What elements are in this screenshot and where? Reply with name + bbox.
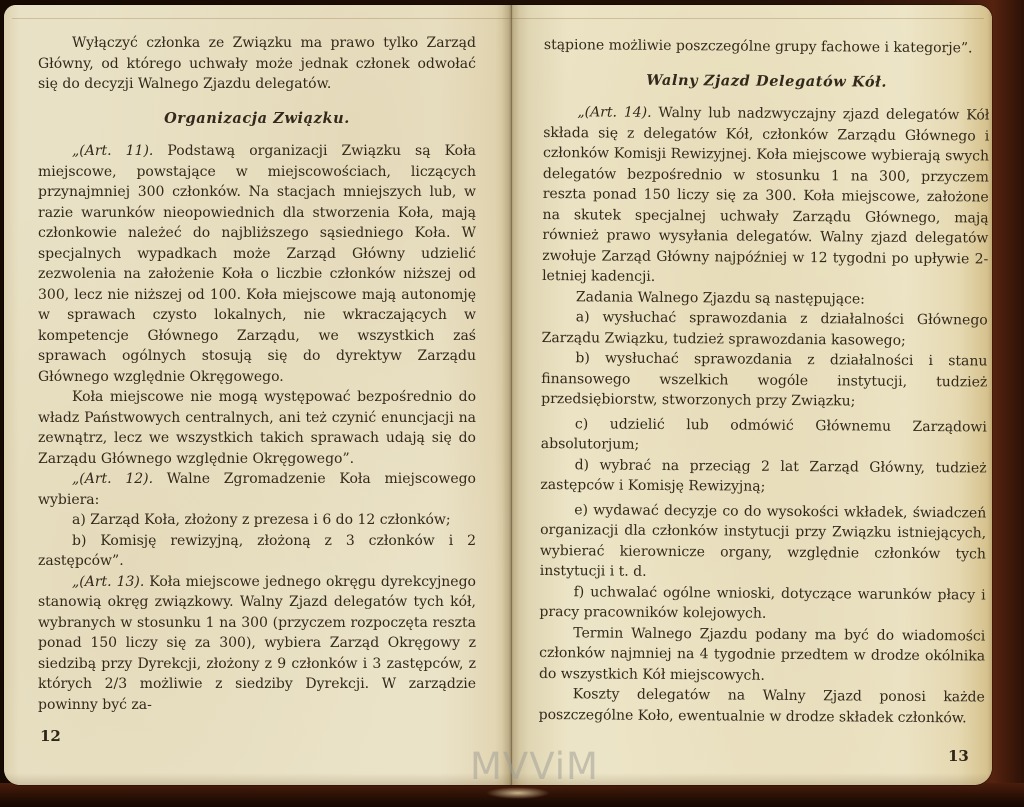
list-item: f) uchwalać ogólne wnioski, dotyczące wa…: [539, 581, 985, 626]
right-page-text: stąpione możliwie poszczególne grupy fac…: [539, 35, 990, 728]
list-item: b) wysłuchać sprawozdania z działalności…: [541, 348, 987, 413]
paragraph: „(Art. 13). Koła miejscowe jednego okręg…: [38, 572, 476, 716]
list-item: a) wysłuchać sprawozdania z działalności…: [542, 307, 988, 352]
list-item: c) udzielić lub odmówić Głównemu Zarządo…: [541, 413, 987, 458]
list-item: b) Komisję rewizyjną, złożoną z 3 członk…: [38, 531, 476, 572]
article-ref: „(Art. 11).: [72, 143, 167, 159]
list-item: e) wydawać decyzje co do wysokości wkład…: [540, 499, 987, 585]
watermark: MVViM: [470, 745, 599, 785]
left-page-text: Wyłączyć członka ze Związku ma prawo tyl…: [38, 33, 476, 715]
paragraph: Koszty delegatów na Walny Zjazd ponosi k…: [539, 684, 985, 729]
paragraph: Koła miejscowe nie mogą występować bezpo…: [38, 387, 476, 469]
article-ref: „(Art. 12).: [72, 471, 167, 487]
list-item: d) wybrać na przeciąg 2 lat Zarząd Główn…: [540, 454, 986, 499]
paragraph: „(Art. 12). Walne Zgromadzenie Koła miej…: [38, 469, 476, 510]
book-scan: Wyłączyć członka ze Związku ma prawo tyl…: [0, 0, 1024, 807]
paragraph: „(Art. 14). Walny lub nadzwyczajny zjazd…: [542, 102, 989, 290]
paragraph: Wyłączyć członka ze Związku ma prawo tyl…: [38, 33, 476, 95]
paragraph: stąpione możliwie poszczególne grupy fac…: [544, 35, 990, 59]
paragraph-text: Podstawą organizacji Związku są Koła mie…: [38, 143, 476, 385]
spine-scuff: [486, 787, 550, 799]
article-ref: „(Art. 13).: [72, 574, 149, 590]
page-stack-edge: [12, 18, 984, 19]
page-number-left: 12: [40, 727, 61, 745]
paragraph: „(Art. 11). Podstawą organizacji Związku…: [38, 141, 476, 387]
paragraph-text: Walny lub nadzwyczajny zjazd delegatów K…: [542, 105, 989, 285]
paragraph: Termin Walnego Zjazdu podany ma być do w…: [539, 622, 985, 687]
list-item: a) Zarząd Koła, złożony z prezesa i 6 do…: [38, 510, 476, 531]
paragraph-text: Koła miejscowe jednego okręgu dyrekcyjne…: [38, 574, 476, 713]
page-number-right: 13: [948, 747, 969, 765]
gutter-line: [511, 5, 512, 785]
book-spread: Wyłączyć członka ze Związku ma prawo tyl…: [4, 5, 992, 785]
article-ref: „(Art. 14).: [577, 104, 658, 121]
section-heading: Walny Zjazd Delegatów Kół.: [544, 69, 990, 93]
section-heading: Organizacja Związku.: [38, 109, 476, 130]
